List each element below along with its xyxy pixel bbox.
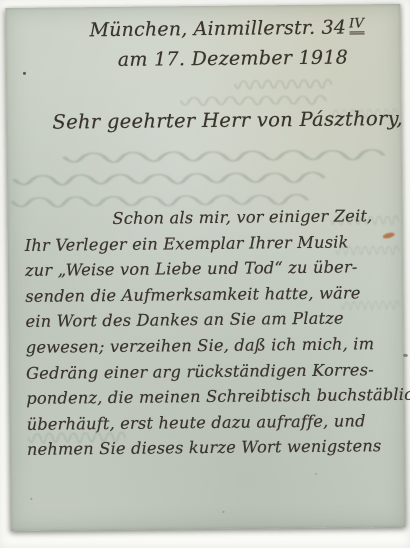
handwritten-line: überhäuft, erst heute dazu aufraffe, und [26, 408, 398, 437]
bleedthrough-writing [9, 169, 329, 186]
date-line: am 17. Dezember 1918 [118, 46, 348, 70]
handwritten-line: Schon als mir, vor einiger Zeit, [24, 203, 396, 232]
address-line: München, Ainmillerstr. 34IV [89, 16, 364, 43]
ink-speck [403, 354, 408, 357]
paper-speck [315, 473, 317, 475]
handwritten-line: pondenz, die meinen Schreibtisch buchstä… [26, 382, 398, 411]
handwritten-line: Gedräng einer arg rückständigen Korres- [26, 357, 398, 386]
salutation: Sehr geehrter Herr von Pászthory, [52, 107, 403, 134]
handwritten-line: Ihr Verleger ein Exemplar Ihrer Musik [25, 229, 397, 258]
bleedthrough-writing [59, 146, 389, 163]
letter-body: Schon als mir, vor einiger Zeit, Ihr Ver… [24, 203, 399, 463]
letter-photograph: München, Ainmillerstr. 34IV am 17. Dezem… [0, 0, 410, 548]
handwritten-line: nehmen Sie dieses kurze Wort wenigstens [27, 433, 399, 462]
handwritten-line: zur „Weise von Liebe und Tod“ zu über- [25, 254, 397, 283]
paper-speck [30, 498, 32, 500]
paper-speck [223, 511, 225, 513]
letter-paper: München, Ainmillerstr. 34IV am 17. Dezem… [5, 4, 405, 531]
address-text: München, Ainmillerstr. 34 [89, 17, 346, 42]
bleedthrough-writing [178, 93, 328, 107]
handwritten-line: senden die Aufmerksamkeit hatte, wäre [25, 280, 397, 309]
bleedthrough-writing [233, 77, 333, 90]
floor-numeral: IV [349, 17, 364, 34]
ink-speck [23, 72, 26, 75]
handwritten-line: ein Wort des Dankes an Sie am Platze [25, 305, 397, 334]
handwritten-line: gewesen; verzeihen Sie, daß ich mich, im [26, 331, 398, 360]
